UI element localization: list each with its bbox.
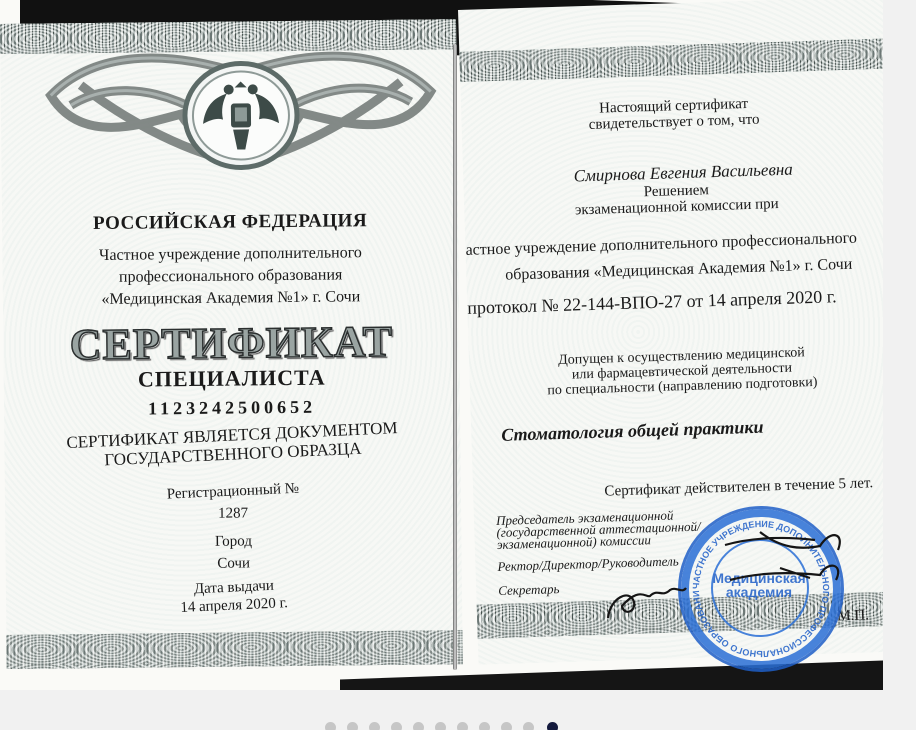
pager-dot-9[interactable] [501,722,512,730]
pager-dot-4[interactable] [391,722,402,730]
pager-dot-2[interactable] [347,722,358,730]
validity-note: Сертификат действителен в течение 5 лет. [513,475,873,503]
certificate-number: 1123242500652 [4,395,460,421]
country-heading: РОССИЙСКАЯ ФЕДЕРАЦИЯ [2,209,458,236]
certificate-left-page: РОССИЙСКАЯ ФЕДЕРАЦИЯ Частное учреждение … [0,19,463,669]
secretary-signature-icon [600,568,690,628]
pager-dot-3[interactable] [369,722,380,730]
binding-cord [453,44,457,670]
certificate-photo: РОССИЙСКАЯ ФЕДЕРАЦИЯ Частное учреждение … [0,0,883,690]
pager-dot-1[interactable] [325,722,336,730]
coat-of-arms-icon [40,31,442,185]
pager-dot-8[interactable] [479,722,490,730]
pager-dot-10[interactable] [523,722,534,730]
organization-line-2: образования «Медицинская Академия №1» г.… [466,255,883,286]
secretary-label: Секретарь [498,583,560,597]
pager-dot-11[interactable] [547,722,558,730]
institution-line-3: «Медицинская Академия №1» г. Сочи [3,287,459,310]
guilloche-border-top [459,39,883,82]
pager-dot-6[interactable] [435,722,446,730]
organization-line-1: астное учреждение дополнительного профес… [465,230,857,260]
emblem-ornament [40,31,442,185]
city-label: Город [5,531,461,553]
registration-number: 1287 [5,503,461,525]
protocol-line: протокол № 22-144-ВПО-27 от 14 апреля 20… [467,286,837,319]
pager-dot-5[interactable] [413,722,424,730]
seal-place-label: М.П. [837,607,869,625]
image-pager [0,722,916,730]
institution-line-2: профессионального образования [3,265,459,288]
specialty: Стоматология общей практики [501,417,764,446]
state-document-note: СЕРТИФИКАТ ЯВЛЯЕТСЯ ДОКУМЕНТОМ ГОСУДАРСТ… [4,415,461,474]
chairman-signature-icon [720,520,850,600]
institution-line-1: Частное учреждение дополнительного [2,243,458,266]
guilloche-border-bottom [6,630,462,669]
pager-dot-7[interactable] [457,722,468,730]
certificate-subtitle: СПЕЦИАЛИСТА [4,363,460,394]
certificate-title: СЕРТИФИКАТ [3,315,460,371]
chairman-line-3: экзаменационной) комиссии [497,534,651,551]
image-viewer: РОССИЙСКАЯ ФЕДЕРАЦИЯ Частное учреждение … [0,0,916,730]
